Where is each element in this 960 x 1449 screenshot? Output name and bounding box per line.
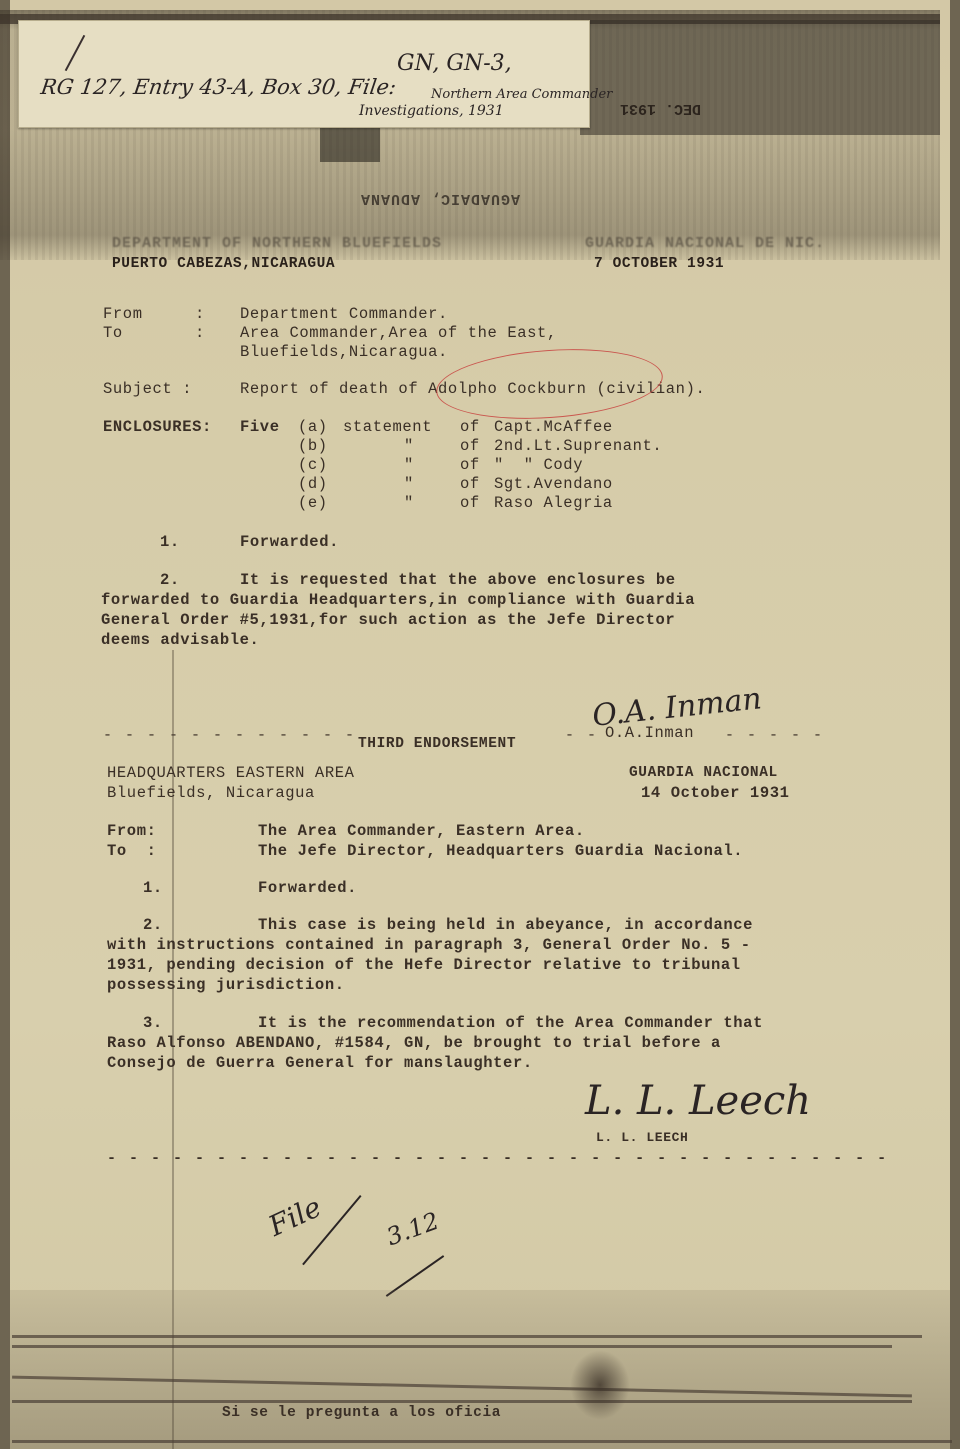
paragraph-number: 1. bbox=[160, 533, 180, 552]
enclosure-of: of bbox=[460, 475, 480, 494]
paragraph-number: 2. bbox=[160, 571, 180, 590]
endorsement-org: GUARDIA NACIONAL bbox=[629, 764, 778, 783]
faint-header-left: DEPARTMENT OF NORTHERN BLUEFIELDS bbox=[112, 235, 442, 252]
paragraph-line: 1931, pending decision of the Hefe Direc… bbox=[107, 956, 741, 975]
enclosure-letter: (c) bbox=[298, 456, 328, 475]
endorsement-to-label: To : bbox=[107, 842, 157, 861]
page-edge bbox=[12, 1440, 952, 1443]
endorsement-to-value: The Jefe Director, Headquarters Guardia … bbox=[258, 842, 743, 861]
to-value-line1: Area Commander,Area of the East, bbox=[240, 324, 557, 343]
to-value-line2: Bluefields,Nicaragua. bbox=[240, 343, 448, 362]
archival-gn-code: GN, GN-3, bbox=[397, 51, 512, 76]
typed-signature-inman: O.A.Inman bbox=[605, 724, 694, 743]
letterhead-location: PUERTO CABEZAS,NICARAGUA bbox=[112, 255, 335, 274]
enclosure-of: of bbox=[460, 418, 480, 437]
enclosure-name: " " Cody bbox=[494, 456, 583, 475]
enclosure-letter: (b) bbox=[298, 437, 328, 456]
from-value: Department Commander. bbox=[240, 305, 448, 324]
enclosure-letter: (e) bbox=[298, 494, 328, 513]
enclosure-of: of bbox=[460, 456, 480, 475]
paragraph-number: 2. bbox=[143, 916, 163, 935]
divider-dashes-right: - - - - - bbox=[725, 727, 824, 744]
divider-dashes-left: - - - - - - - - - - - - bbox=[103, 727, 356, 744]
enclosure-name: Capt.McAffee bbox=[494, 418, 613, 437]
divider-dashes-mid: - - bbox=[565, 727, 598, 744]
enclosure-letter: (d) bbox=[298, 475, 328, 494]
paragraph-text: Forwarded. bbox=[258, 879, 357, 898]
archival-reference: RG 127, Entry 43-A, Box 30, File: bbox=[39, 75, 397, 99]
paragraph-line: forwarded to Guardia Headquarters,in com… bbox=[101, 591, 695, 610]
typed-signature-leech: L. L. LEECH bbox=[596, 1128, 688, 1147]
paragraph-line: It is requested that the above enclosure… bbox=[240, 571, 676, 590]
to-colon: : bbox=[195, 324, 205, 343]
archival-file-name-2: Investigations, 1931 bbox=[359, 103, 504, 119]
page-edge bbox=[12, 1345, 892, 1348]
to-label: To bbox=[103, 324, 123, 343]
pen-stroke bbox=[65, 35, 86, 71]
enclosure-name: Raso Alegria bbox=[494, 494, 613, 513]
endorsement-from-value: The Area Commander, Eastern Area. bbox=[258, 822, 585, 841]
enclosure-kind: statement bbox=[343, 418, 432, 437]
endorsement-date: 14 October 1931 bbox=[641, 784, 790, 803]
enclosures-label: ENCLOSURES: bbox=[103, 418, 212, 437]
page-edge bbox=[12, 1400, 912, 1403]
archival-file-name-1: Northern Area Commander bbox=[431, 87, 612, 102]
enclosure-kind: " bbox=[404, 437, 414, 456]
ink-smudge bbox=[570, 1350, 630, 1420]
paragraph-line: possessing jurisdiction. bbox=[107, 976, 345, 995]
paragraph-text: Forwarded. bbox=[240, 533, 339, 552]
mirrored-year-text: DEC. 1931 bbox=[620, 100, 701, 117]
paragraph-line: Consejo de Guerra General for manslaught… bbox=[107, 1054, 533, 1073]
underlying-pages bbox=[10, 1290, 950, 1449]
dark-smudge-block bbox=[580, 20, 940, 135]
page-edge bbox=[12, 1335, 922, 1338]
paragraph-number: 3. bbox=[143, 1014, 163, 1033]
paragraph-line: This case is being held in abeyance, in … bbox=[258, 916, 753, 935]
underlying-page-text: Si se le pregunta a los oficia bbox=[222, 1404, 501, 1423]
paragraph-line: deems advisable. bbox=[101, 631, 259, 650]
endorsement-hq: HEADQUARTERS EASTERN AREA bbox=[107, 764, 355, 783]
endorsement-from-label: From: bbox=[107, 822, 157, 841]
paragraph-line: with instructions contained in paragraph… bbox=[107, 936, 751, 955]
paragraph-line: General Order #5,1931,for such action as… bbox=[101, 611, 675, 630]
enclosure-kind: " bbox=[404, 475, 414, 494]
faint-header-right: GUARDIA NACIONAL DE NIC. bbox=[585, 235, 825, 252]
paragraph-line: It is the recommendation of the Area Com… bbox=[258, 1014, 763, 1033]
archival-label-card: RG 127, Entry 43-A, Box 30, File: GN, GN… bbox=[18, 20, 590, 128]
from-label: From bbox=[103, 305, 143, 324]
enclosure-of: of bbox=[460, 437, 480, 456]
enclosure-kind: " bbox=[404, 456, 414, 475]
enclosure-name: Sgt.Avendano bbox=[494, 475, 613, 494]
signature-leech: L. L. Leech bbox=[585, 1078, 811, 1124]
paragraph-line: Raso Alfonso ABENDANO, #1584, GN, be bro… bbox=[107, 1034, 721, 1053]
endorsement-location: Bluefields, Nicaragua bbox=[107, 784, 315, 803]
third-endorsement-title: THIRD ENDORSEMENT bbox=[358, 735, 516, 754]
letterhead-date: 7 OCTOBER 1931 bbox=[594, 255, 724, 274]
enclosure-kind: " bbox=[404, 494, 414, 513]
mirrored-bleed-text: AGUADAIC, ADUANA bbox=[360, 190, 520, 207]
from-colon: : bbox=[195, 305, 205, 324]
enclosures-count: Five bbox=[240, 418, 280, 437]
subject-label: Subject : bbox=[103, 380, 192, 399]
closing-divider: - - - - - - - - - - - - - - - - - - - - … bbox=[107, 1150, 888, 1167]
paragraph-number: 1. bbox=[143, 879, 163, 898]
enclosure-name: 2nd.Lt.Suprenant. bbox=[494, 437, 662, 456]
enclosure-letter: (a) bbox=[298, 418, 328, 437]
enclosure-of: of bbox=[460, 494, 480, 513]
